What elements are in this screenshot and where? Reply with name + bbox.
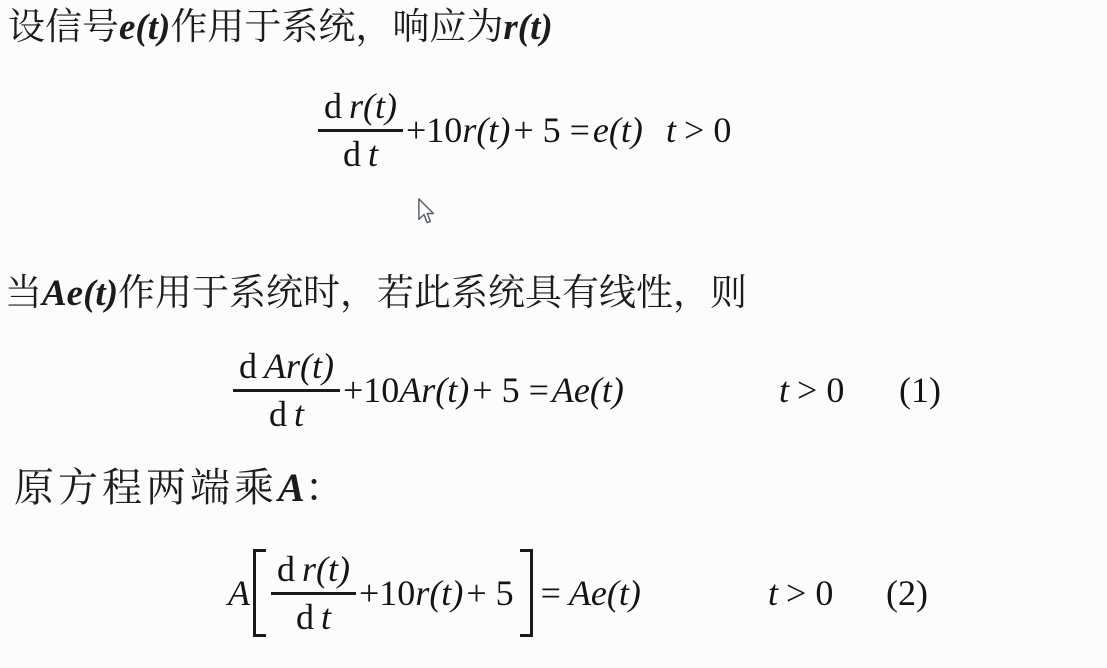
left-bracket <box>253 549 266 637</box>
linearity-text-before: 当 <box>5 273 42 314</box>
response-symbol: r(t) <box>503 7 552 48</box>
scaled-signal-symbol: Ae(t) <box>42 273 118 314</box>
equation-2: dAr(t) dt +10 Ar(t) + 5 = Ae(t) t> 0 (1) <box>233 346 624 434</box>
differential-d: d <box>269 394 287 434</box>
term-variable: r(t) <box>462 109 510 151</box>
equals-sign: = <box>541 572 561 614</box>
differential-d: d <box>296 597 314 637</box>
denominator-variable: t <box>368 134 378 174</box>
right-hand-side: e(t) <box>593 109 643 151</box>
term-variable: Ar(t) <box>399 369 469 411</box>
equation-number: (1) <box>899 369 941 411</box>
numerator-variable: r(t) <box>302 549 350 589</box>
coefficient-A: A <box>228 572 250 614</box>
fraction-dr-dt: dr(t) dt <box>271 549 356 637</box>
intro-text-middle: 作用于系统，响应为 <box>170 7 503 48</box>
fraction-denominator: dt <box>296 595 331 637</box>
fraction-numerator: dr(t) <box>318 86 403 131</box>
condition-relation: > 0 <box>797 370 844 410</box>
numerator-variable: r(t) <box>349 86 397 126</box>
equation-3: A dr(t) dt +10 r(t) + 5 = Ae(t) t> 0 (2) <box>228 546 641 640</box>
multiply-paragraph: 原方程两端乘A： <box>14 464 349 512</box>
linearity-text-after: 作用于系统时，若此系统具有线性，则 <box>118 273 747 314</box>
condition-variable: t <box>768 573 778 613</box>
term-plus10: +10 <box>406 109 462 151</box>
denominator-variable: t <box>321 597 331 637</box>
right-hand-side: Ae(t) <box>552 369 624 411</box>
fraction-dAr-dt: dAr(t) dt <box>233 346 340 434</box>
fraction-numerator: dAr(t) <box>233 346 340 391</box>
right-bracket <box>520 549 533 637</box>
differential-d: d <box>324 86 342 126</box>
differential-d: d <box>343 134 361 174</box>
intro-paragraph: 设信号e(t)作用于系统，响应为r(t) <box>8 6 553 50</box>
mouse-cursor-icon <box>417 198 435 225</box>
equation-1: dr(t) dt +10 r(t) + 5 = e(t) t> 0 <box>318 86 643 174</box>
term-plus5-equals: + 5 = <box>472 369 549 411</box>
fraction-dr-dt: dr(t) dt <box>318 86 403 174</box>
condition-relation: > 0 <box>684 110 731 150</box>
equation-number: (2) <box>886 572 928 614</box>
condition-relation: > 0 <box>786 573 833 613</box>
condition: t> 0 <box>666 109 731 151</box>
condition: t> 0 <box>779 369 844 411</box>
right-hand-side: Ae(t) <box>569 572 641 614</box>
intro-text-before: 设信号 <box>8 7 119 48</box>
numerator-variable: Ar(t) <box>264 346 334 386</box>
term-variable: r(t) <box>415 572 463 614</box>
factor-symbol: A <box>278 465 305 510</box>
denominator-variable: t <box>294 394 304 434</box>
term-plus10: +10 <box>359 572 415 614</box>
differential-d: d <box>277 549 295 589</box>
fraction-denominator: dt <box>343 132 378 174</box>
term-plus5: + 5 <box>466 572 513 614</box>
fraction-numerator: dr(t) <box>271 549 356 594</box>
signal-symbol: e(t) <box>119 7 170 48</box>
condition-variable: t <box>666 110 676 150</box>
multiply-text-before: 原方程两端乘 <box>14 465 278 510</box>
term-plus5-equals: + 5 = <box>513 109 590 151</box>
fraction-denominator: dt <box>269 392 304 434</box>
multiply-colon: ： <box>305 465 349 510</box>
linearity-paragraph: 当Ae(t)作用于系统时，若此系统具有线性，则 <box>5 272 747 316</box>
condition: t> 0 <box>768 572 833 614</box>
differential-d: d <box>239 346 257 386</box>
lecture-slide: 设信号e(t)作用于系统，响应为r(t) dr(t) dt +10 r(t) +… <box>0 0 1107 668</box>
condition-variable: t <box>779 370 789 410</box>
term-plus10: +10 <box>343 369 399 411</box>
